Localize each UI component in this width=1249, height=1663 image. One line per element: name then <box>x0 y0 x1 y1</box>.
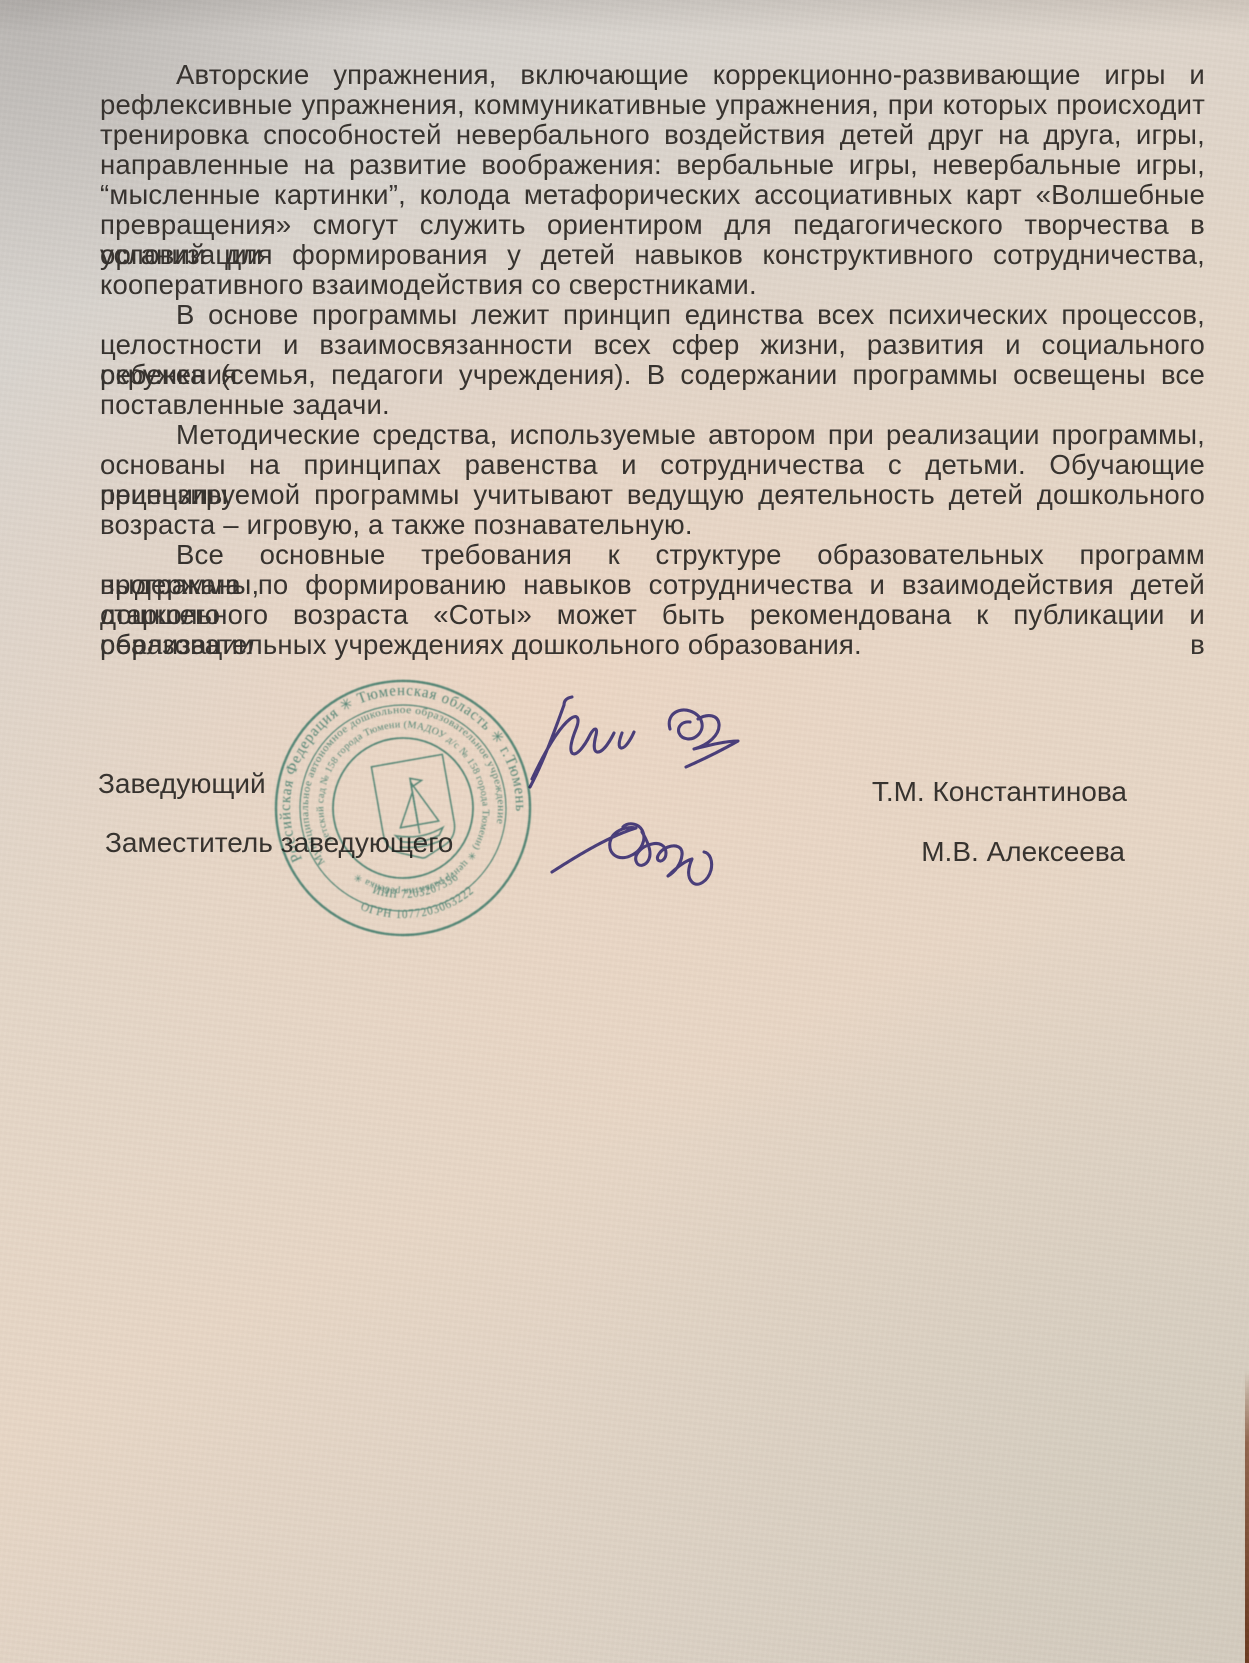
text-line-p3-l3: рецензируемой программы учитывают ведущу… <box>100 480 1205 510</box>
text-line-p1-l5: “мысленные картинки”, колода метафоричес… <box>100 180 1205 210</box>
review-text: Авторские упражнения, включающие коррекц… <box>100 60 1205 660</box>
text-line-p4-l1: Все основные требования к структуре обра… <box>100 540 1205 570</box>
text-line-p1-l7: условий для формирования у детей навыков… <box>100 240 1205 270</box>
text-line-p1-l2: рефлексивные упражнения, коммуникативные… <box>100 90 1205 120</box>
signature-deputy <box>548 798 748 893</box>
text-line-p3-l2: основаны на принципах равенства и сотруд… <box>100 450 1205 480</box>
text-line-p4-l3: дошкольного возраста «Соты» может быть р… <box>100 600 1205 630</box>
text-line-p2-l2: целостности и взаимосвязанности всех сфе… <box>100 330 1205 360</box>
text-line-p2-l4: поставленные задачи. <box>100 390 1205 420</box>
signer-name-deputy: М.В. Алексеева <box>921 836 1125 868</box>
text-line-p1-l4: направленные на развитие воображения: ве… <box>100 150 1205 180</box>
official-round-stamp: Российская Федерация ✳ Тюменская область… <box>266 671 540 945</box>
text-line-p2-l3: ребенка (семья, педагоги учреждения). В … <box>100 360 1205 390</box>
photo-table-edge <box>1245 1370 1249 1663</box>
signer-name-director: Т.М. Константинова <box>872 776 1127 808</box>
signer-title-director: Заведующий <box>98 768 266 800</box>
text-line-p1-l6: превращения» смогут служить ориентиром д… <box>100 210 1205 240</box>
text-line-p1-l1: Авторские упражнения, включающие коррекц… <box>100 60 1205 90</box>
text-line-p1-l8: кооперативного взаимодействия со сверстн… <box>100 270 1205 300</box>
text-line-p4-l2: программа по формированию навыков сотруд… <box>100 570 1205 600</box>
text-line-p3-l4: возраста – игровую, а также познавательн… <box>100 510 1205 540</box>
text-line-p2-l1: В основе программы лежит принцип единств… <box>100 300 1205 330</box>
signature-director <box>520 683 750 798</box>
text-line-p1-l3: тренировка способностей невербального во… <box>100 120 1205 150</box>
photo-shadow <box>0 0 1249 34</box>
text-line-p3-l1: Методические средства, используемые авто… <box>100 420 1205 450</box>
tyumen-coat-of-arms-icon <box>371 754 459 864</box>
document-page: Авторские упражнения, включающие коррекц… <box>0 0 1249 1663</box>
